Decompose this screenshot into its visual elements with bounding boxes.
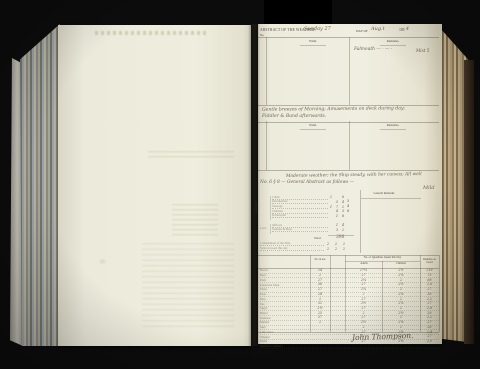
handwritten-year-digit: 4 bbox=[406, 28, 409, 33]
provision-label: Butter bbox=[260, 312, 310, 315]
provision-adults-value: 27 bbox=[345, 307, 382, 310]
issues-onboard-header: No. in use bbox=[311, 258, 329, 261]
muster-value-3: 2 bbox=[340, 229, 346, 233]
provision-label: Beef bbox=[260, 274, 310, 277]
muster-extra-value-1: 2 bbox=[324, 247, 332, 251]
provision-label: Raisins bbox=[260, 321, 310, 324]
ghost-showthrough-lines bbox=[148, 151, 234, 161]
provision-label: Water bbox=[260, 340, 310, 343]
provision-label: Medical Comforts bbox=[260, 345, 310, 348]
section2-remarks-header: Remarks. bbox=[368, 124, 418, 127]
provision-label: Vinegar bbox=[260, 336, 310, 339]
foxing-stain bbox=[98, 258, 107, 265]
ghost-showthrough-header bbox=[95, 31, 207, 35]
issues-col-line-6 bbox=[439, 255, 440, 332]
ghost-showthrough-table bbox=[142, 243, 234, 331]
provision-onboard-value: 24 bbox=[310, 293, 330, 296]
section2-wind-header: Wind. bbox=[288, 124, 338, 127]
crew-rows: Officers 1 4 Seamen & Boys 3 2 bbox=[272, 223, 352, 232]
section1-column-divider bbox=[349, 37, 350, 105]
provision-label: Peas bbox=[260, 293, 310, 296]
provision-onboard-value: 2 bbox=[310, 274, 330, 277]
subtotal-digit-3: 8 bbox=[347, 210, 349, 214]
section2-bottom-rule bbox=[258, 170, 439, 171]
ghost-showthrough-block bbox=[172, 204, 218, 236]
provision-adults-value: 2 bbox=[345, 326, 382, 329]
muster-extra-row: Sick on board this day 2 2 2 bbox=[260, 246, 358, 251]
provision-remains-value: 2,0 bbox=[420, 340, 439, 343]
right-page-form: ABSTRACT OF THE WEATHER, No. Sunday 27 D… bbox=[258, 24, 442, 344]
book-gutter-shadow bbox=[248, 24, 260, 346]
issues-children-header: Children bbox=[383, 263, 419, 266]
muster-extra-value-3: 2 bbox=[340, 242, 348, 246]
muster-row: In Hospital 1 8 bbox=[272, 214, 352, 219]
provision-label: Pork bbox=[260, 279, 310, 282]
total-value: 398 bbox=[336, 236, 344, 240]
muster-row-label: In Hospital bbox=[272, 214, 328, 218]
muster-extra-value-2: 2 bbox=[332, 242, 340, 246]
provision-label: Bread bbox=[260, 269, 310, 272]
provision-label: Suet bbox=[260, 326, 310, 329]
provision-label: Oatmeal bbox=[260, 317, 310, 320]
provision-children-value: 2 bbox=[382, 326, 420, 329]
provision-onboard-value: 2½ bbox=[310, 307, 330, 310]
muster-row: Intermediate 5 4 bbox=[272, 200, 352, 205]
provision-remains-value: 2,8 bbox=[420, 307, 439, 310]
muster-extra-value-2: 2 bbox=[332, 247, 340, 251]
provision-adults-value: 27 bbox=[345, 274, 382, 277]
handwritten-note2-line1: Moderate weather; the Ship steady, with … bbox=[286, 173, 422, 179]
book-right-cover-edge bbox=[464, 60, 474, 344]
remarks-box-divider bbox=[360, 190, 361, 253]
general-remarks-underline bbox=[361, 198, 421, 199]
muster-extra-rows: Complement of the Ship 2 2 2 Sick on boa… bbox=[260, 241, 358, 251]
muster-row: Steerage 1 7 2 bbox=[272, 204, 352, 209]
general-remarks-header: General Remarks bbox=[361, 192, 407, 195]
signature: John Thompson. bbox=[352, 332, 414, 342]
handwritten-remarks-entry: Falmouth — · — · bbox=[354, 48, 392, 52]
provision-label: Rice bbox=[260, 298, 310, 301]
muster-extra-value-1: 2 bbox=[324, 242, 332, 246]
section2-column-divider bbox=[349, 121, 350, 170]
provision-adults-value: 2 bbox=[345, 293, 382, 296]
provision-label: Sugar bbox=[260, 307, 310, 310]
muster-extra-label: Sick on board this day bbox=[260, 246, 324, 251]
section2-wind-underline bbox=[300, 129, 326, 130]
provision-children-value: 2 bbox=[382, 307, 420, 310]
provision-children-value: 2¼ bbox=[382, 274, 420, 277]
muster-value-3: 8 bbox=[340, 215, 346, 219]
provision-children-value: 2¼ bbox=[382, 293, 420, 296]
issues-group-header: No. of Quantities Issued this Day bbox=[346, 257, 419, 260]
provision-label: Preserved Meat bbox=[260, 284, 310, 287]
muster-value-3: 4 bbox=[340, 201, 346, 205]
section1-remarks-underline bbox=[380, 45, 406, 46]
handwritten-note1-line2: Fiddler & Band afterwards. bbox=[262, 115, 326, 120]
printed-year: 185 bbox=[399, 29, 405, 33]
muster-value-1: 2 bbox=[328, 196, 334, 200]
muster-extra-value-3: 2 bbox=[340, 247, 348, 251]
handwritten-corner-word: Mild bbox=[423, 186, 435, 191]
issues-remains-header: Remains on board bbox=[420, 258, 439, 264]
provision-onboard-value: 2 bbox=[310, 321, 330, 324]
issues-table-row: Medical Comforts bbox=[260, 345, 439, 350]
muster-row: Seamen & Boys 3 2 bbox=[272, 228, 352, 233]
crew-bracket bbox=[270, 224, 271, 234]
section1-remarks-header: Remarks. bbox=[368, 40, 418, 43]
section1-wind-underline bbox=[300, 45, 326, 46]
section2-remarks-underline bbox=[380, 129, 406, 130]
section2-margin-line bbox=[266, 121, 267, 170]
handwritten-note2-line2: No. 6 § 8 — General Abstract as follows … bbox=[260, 181, 354, 185]
handwritten-note1-line1: Gentle breezes of Morning; Amusements on… bbox=[262, 107, 405, 113]
handwritten-remarks-entry-right: Mist 5 bbox=[416, 49, 429, 53]
total-label: Total bbox=[314, 237, 321, 240]
provision-remains-value: 75 bbox=[420, 274, 439, 277]
provision-label: Tea bbox=[260, 303, 310, 306]
left-page-stack-fore-edge bbox=[20, 24, 62, 346]
muster-row-label: Seamen & Boys bbox=[272, 228, 328, 232]
provision-remains-value: 26 bbox=[420, 326, 439, 329]
left-page bbox=[58, 25, 251, 346]
passengers-bracket bbox=[270, 196, 271, 220]
provision-label: Flour bbox=[260, 288, 310, 291]
section1-margin-line bbox=[266, 37, 267, 105]
issues-adults-header: Adults bbox=[346, 263, 382, 266]
handwritten-month: Aug.t bbox=[371, 27, 385, 32]
day-of-label: DAY OF bbox=[356, 30, 368, 33]
section1-wind-header: Wind. bbox=[288, 40, 338, 43]
handwritten-day: Sunday 27 bbox=[304, 27, 331, 32]
photograph-of-open-logbook: ABSTRACT OF THE WEATHER, No. Sunday 27 D… bbox=[0, 0, 480, 369]
passengers-rows: Cabin 2 6 Intermediate 5 4 Steerage 1 7 bbox=[272, 195, 352, 218]
provision-remains-value: 36 bbox=[420, 293, 439, 296]
issues-group-underline bbox=[345, 261, 420, 262]
crew-group-label: Crew bbox=[260, 227, 267, 230]
